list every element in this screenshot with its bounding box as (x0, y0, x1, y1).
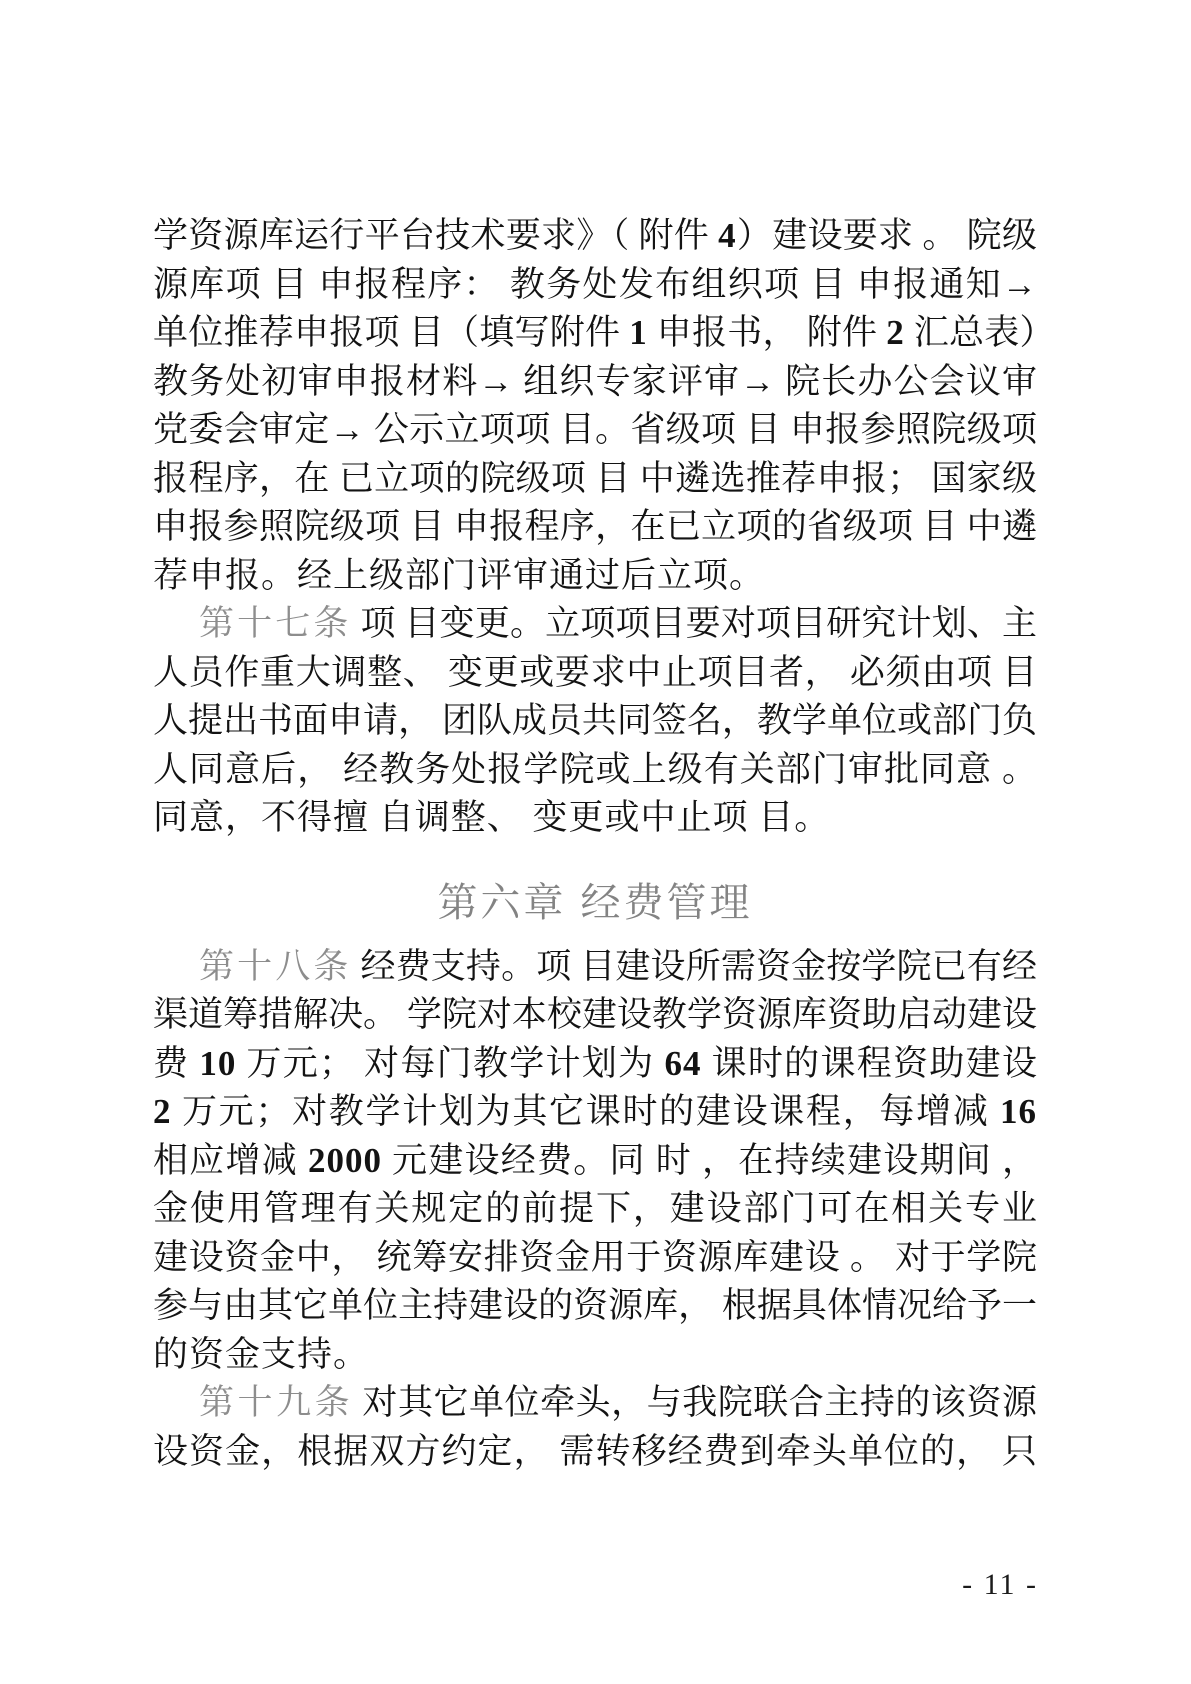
text-line: 学资源库运行平台技术要求》（ 附件 4）建设要求 。 院级资 (153, 212, 1037, 261)
text-line: 报程序，在 已立项的院级项 目 中遴选推荐申报； 国家级项 目 (153, 455, 1037, 504)
text-line: 设资金，根据双方约定， 需转移经费到牵头单位的， 只能用 (153, 1428, 1037, 1477)
text-line: 参与由其它单位主持建设的资源库， 根据具体情况给予一定 (153, 1282, 1037, 1331)
text-line: 的资金支持。 (153, 1331, 1037, 1380)
clause-number-label: 第十七条 (199, 604, 352, 643)
text-line: 建设资金中， 统筹安排资金用于资源库建设 。 对于学院教师 (153, 1234, 1037, 1283)
document-content: 学资源库运行平台技术要求》（ 附件 4）建设要求 。 院级资源库项 目 申报程序… (153, 212, 1037, 1476)
text-line: 2 万元；对教学计划为其它课时的建设课程，每增减 16 课时 ， (153, 1088, 1037, 1137)
text-line: 单位推荐申报项 目（填写附件 1 申报书， 附件 2 汇总表）→ (153, 309, 1037, 358)
page-number: - 11 - (962, 1568, 1038, 1602)
text-line: 人同意后， 经教务处报学院或上级有关部门审批同意 。 未经 (153, 746, 1037, 795)
text-line: 金使用管理有关规定的前提下，建设部门可在相关专业（群） (153, 1185, 1037, 1234)
numeric-text: 10 (199, 1044, 236, 1083)
text-line: 渠道筹措解决。 学院对本校建设教学资源库资助启动建设经 (153, 991, 1037, 1040)
numeric-text: 4 (718, 216, 737, 255)
text-line: 人员作重大调整、 变更或要求中止项目者， 必须由项 目负责 (153, 649, 1037, 698)
text-line: 第十八条 经费支持。项 目建设所需资金按学院已有经费 (153, 943, 1037, 992)
text-line: 第十九条 对其它单位牵头，与我院联合主持的该资源库建 (153, 1379, 1037, 1428)
numeric-text: 1 (629, 313, 648, 352)
text-line: 教务处初审申报材料→ 组织专家评审→ 院长办公会议审议→ (153, 358, 1037, 407)
numeric-text: 16 (1000, 1092, 1037, 1131)
numeric-text: 2 (886, 313, 905, 352)
text-line: 申报参照院级项 目 申报程序，在已立项的省级项 目 中遴选推 (153, 503, 1037, 552)
text-line: 第十七条 项 目变更。立项项目要对项目研究计划、主要 (153, 600, 1037, 649)
text-line: 同意，不得擅 自调整、 变更或中止项 目。 (153, 794, 1037, 843)
text-line: 党委会审定→ 公示立项项 目。省级项 目 申报参照院级项 目 申 (153, 406, 1037, 455)
numeric-text: 64 (665, 1044, 702, 1083)
text-line: 人提出书面申请， 团队成员共同签名，教学单位或部门负责 (153, 697, 1037, 746)
chapter-heading: 第六章 经费管理 (153, 879, 1037, 927)
clause-number-label: 第十九条 (199, 1383, 353, 1422)
numeric-text: 2000 (308, 1141, 382, 1180)
text-line: 荐申报。经上级部门评审通过后立项。 (153, 552, 1037, 601)
text-line: 相应增减 2000 元建设经费。同 时 ，在持续建设期间 ，符合资 (153, 1137, 1037, 1186)
numeric-text: 2 (153, 1092, 172, 1131)
clause-number-label: 第十八条 (199, 947, 352, 986)
text-line: 费 10 万元； 对每门教学计划为 64 课时的课程资助建设经费 (153, 1040, 1037, 1089)
text-line: 源库项 目 申报程序： 教务处发布组织项 目 申报通知→ 各教学 (153, 261, 1037, 310)
document-page: 学资源库运行平台技术要求》（ 附件 4）建设要求 。 院级资源库项 目 申报程序… (0, 0, 1191, 1684)
